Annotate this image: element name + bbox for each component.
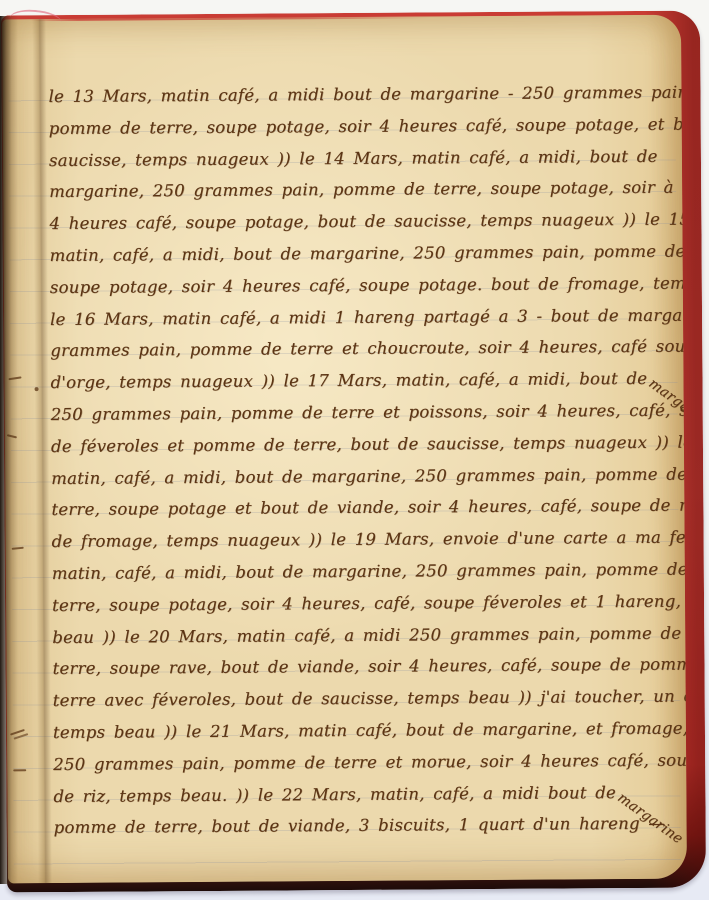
handwriting-line-text: margarine, 250 grammes pain, pomme de te… — [49, 178, 674, 201]
handwriting-line-text: matin, café, a midi, bout de margarine, … — [51, 464, 687, 487]
handwriting-line: beau )) le 20 Mars, matin café, a midi 2… — [52, 617, 677, 653]
handwriting-line: margarine, 250 grammes pain, pomme de te… — [49, 172, 674, 208]
handwriting-line-text: soupe potage, soir 4 heures café, soupe … — [50, 273, 687, 297]
handwriting-line-text: d'orge, temps nuageux )) le 17 Mars, mat… — [50, 369, 647, 392]
handwriting-line: terre, soupe potage et bout de viande, s… — [51, 490, 676, 526]
handwriting-line-text: le 13 Mars, matin café, a midi bout de m… — [48, 83, 687, 106]
handwriting-line: de riz, temps beau. )) le 22 Mars, matin… — [53, 776, 678, 812]
handwriting-line: saucisse, temps nuageux )) le 14 Mars, m… — [49, 140, 674, 176]
handwriting-line-text: saucisse, temps nuageux )) le 14 Mars, m… — [49, 146, 658, 169]
notebook-page: le 13 Mars, matin café, a midi bout de m… — [2, 15, 687, 884]
handwriting-line-text: grammes pain, pomme de terre et choucrou… — [50, 337, 687, 361]
handwriting-line: matin, café, a midi, bout de margarine, … — [50, 236, 675, 272]
handwriting-line: 250 grammes pain, pomme de terre et moru… — [53, 744, 678, 780]
handwriting-line-text: matin, café, a midi, bout de margarine, … — [50, 242, 686, 265]
handwriting-line: de fromage, temps nuageux )) le 19 Mars,… — [52, 522, 677, 558]
handwriting-line: de féveroles et pomme de terre, bout de … — [51, 426, 676, 462]
handwriting-line-text: temps beau )) le 21 Mars, matin café, bo… — [53, 719, 687, 742]
handwriting-line-text: pomme de terre, soupe potage, soir 4 heu… — [49, 114, 687, 138]
handwriting-line-text: 250 grammes pain, pomme de terre et pois… — [51, 400, 687, 424]
handwriting-line: terre, soupe potage, soir 4 heures, café… — [52, 585, 677, 621]
handwriting-line-text: matin, café, a midi, bout de margarine, … — [52, 560, 687, 583]
margin-ink-mark — [12, 547, 24, 550]
margin-ink-mark — [10, 729, 25, 736]
handwriting-line: le 16 Mars, matin café, a midi 1 hareng … — [50, 299, 675, 335]
margin-ink-mark — [35, 387, 39, 391]
handwriting-line-text: 250 grammes pain, pomme de terre et moru… — [53, 750, 687, 774]
margin-ink-mark — [7, 434, 17, 438]
handwriting-line-text: pomme de terre, bout de viande, 3 biscui… — [54, 814, 666, 837]
handwriting-line-text: beau )) le 20 Mars, matin café, a midi 2… — [52, 623, 681, 646]
scanned-notebook-page: le 13 Mars, matin café, a midi bout de m… — [0, 0, 709, 900]
handwriting-line: d'orge, temps nuageux )) le 17 Mars, mat… — [50, 363, 675, 399]
handwriting-line: matin, café, a midi, bout de margarine, … — [52, 554, 677, 590]
margin-ink-mark — [13, 769, 26, 771]
handwriting-line: pomme de terre, soupe potage, soir 4 heu… — [49, 108, 674, 144]
handwriting-line-text: terre, soupe potage, soir 4 heures, café… — [52, 591, 687, 615]
handwriting-line: grammes pain, pomme de terre et choucrou… — [50, 331, 675, 367]
handwriting-line: terre avec féveroles, bout de saucisse, … — [53, 681, 678, 717]
handwriting-line: 250 grammes pain, pomme de terre et pois… — [51, 395, 676, 431]
handwriting-line-text: terre avec féveroles, bout de saucisse, … — [53, 686, 687, 710]
handwriting-line-text: 4 heures café, soupe potage, bout de sau… — [49, 209, 687, 233]
handwriting-line: 4 heures café, soupe potage, bout de sau… — [49, 204, 674, 240]
handwriting-lines: le 13 Mars, matin café, a midi bout de m… — [48, 77, 678, 844]
handwriting-line: matin, café, a midi, bout de margarine, … — [51, 458, 676, 494]
handwriting-line: le 13 Mars, matin café, a midi bout de m… — [48, 77, 673, 113]
handwriting-line-text: terre, soupe potage et bout de viande, s… — [51, 496, 687, 520]
handwriting-line-text: terre, soupe rave, bout de viande, soir … — [52, 655, 687, 679]
handwriting-line-text: de riz, temps beau. )) le 22 Mars, matin… — [53, 783, 616, 806]
handwriting-line: temps beau )) le 21 Mars, matin café, bo… — [53, 713, 678, 749]
margin-ink-mark — [8, 376, 21, 380]
handwriting-line-text: le 16 Mars, matin café, a midi 1 hareng … — [50, 305, 687, 329]
handwriting-line-text: de féveroles et pomme de terre, bout de … — [51, 432, 687, 456]
handwriting-line: pomme de terre, bout de viande, 3 biscui… — [54, 808, 679, 844]
handwriting-line: terre, soupe rave, bout de viande, soir … — [52, 649, 677, 685]
handwriting-line: soupe potage, soir 4 heures café, soupe … — [50, 267, 675, 303]
handwriting-line-text: de fromage, temps nuageux )) le 19 Mars,… — [52, 527, 687, 551]
